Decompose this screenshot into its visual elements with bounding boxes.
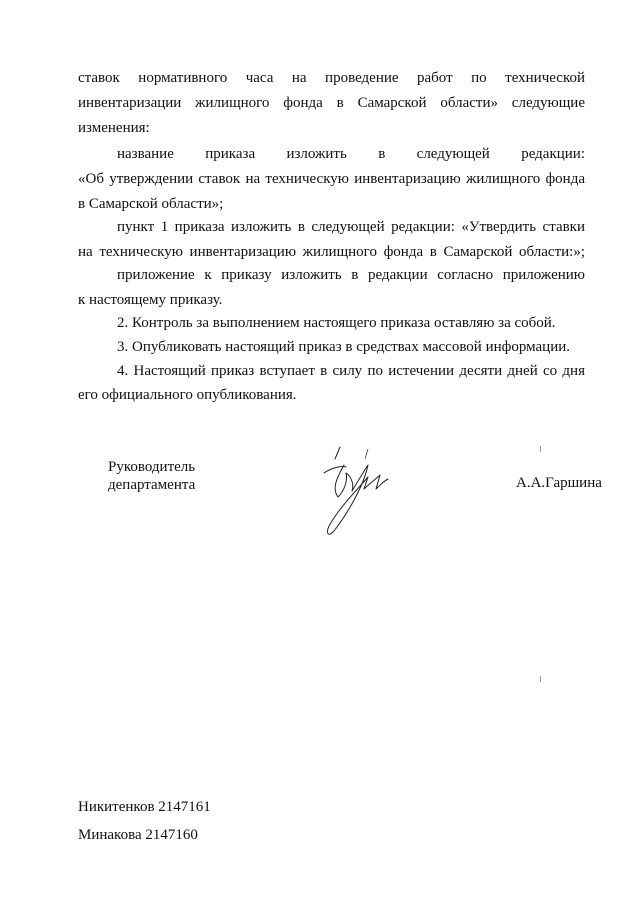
scan-artifact [540, 676, 541, 682]
body-line: на техническую инвентаризацию жилищного … [78, 243, 585, 261]
body-line: название приказа изложить в следующей ре… [117, 145, 585, 163]
body-line: его официального опубликования. [78, 386, 585, 404]
scan-artifact [540, 446, 541, 452]
body-line: «Об утверждении ставок на техническую ин… [78, 170, 585, 188]
body-line: изменения: [78, 119, 585, 137]
signatory-title-line1: Руководитель [108, 458, 195, 476]
contact-line: Минакова 2147160 [78, 826, 198, 844]
body-line: к настоящему приказу. [78, 291, 585, 309]
signatory-name: А.А.Гаршина [516, 474, 602, 492]
body-line: в Самарской области»; [78, 195, 585, 213]
contact-line: Никитенков 2147161 [78, 798, 211, 816]
body-line: ставок нормативного часа на проведение р… [78, 69, 585, 87]
handwritten-signature [318, 445, 398, 540]
body-line: приложение к приказу изложить в редакции… [117, 266, 585, 284]
body-line: 4. Настоящий приказ вступает в силу по и… [117, 362, 585, 380]
body-line: 3. Опубликовать настоящий приказ в средс… [117, 338, 585, 356]
signatory-title-line2: департамента [108, 476, 195, 494]
body-line: 2. Контроль за выполнением настоящего пр… [117, 314, 585, 332]
body-line: инвентаризации жилищного фонда в Самарск… [78, 94, 585, 112]
body-line: пункт 1 приказа изложить в следующей ред… [117, 218, 585, 236]
